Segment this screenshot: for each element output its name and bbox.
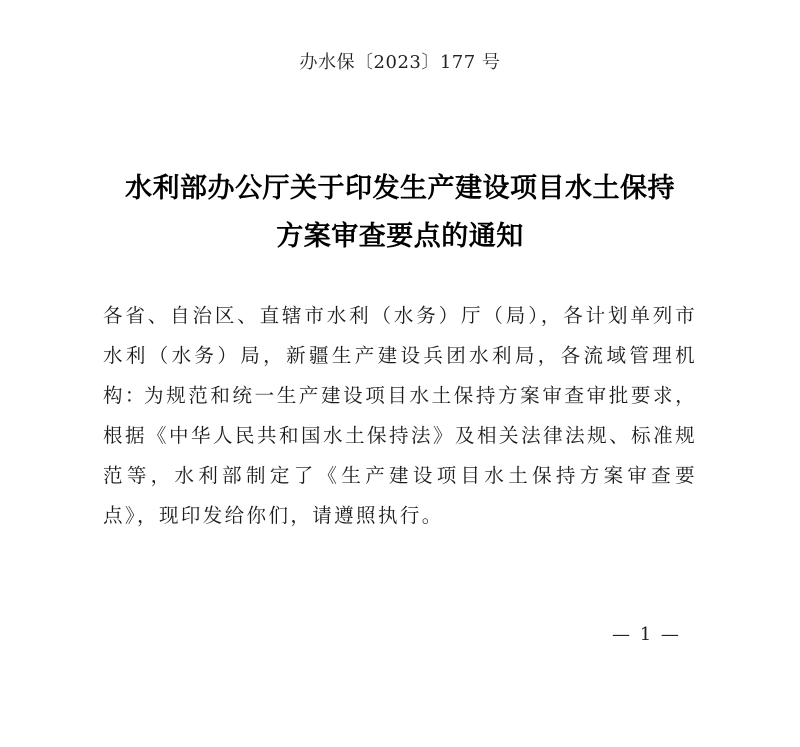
body-paragraph: 为规范和统一生产建设项目水土保持方案审查审批要求，根据《中华人民共和国水土保持法… [103, 376, 697, 536]
document-title-line-1: 水利部办公厅关于印发生产建设项目水土保持 [0, 166, 800, 205]
document-title-line-2: 方案审查要点的通知 [0, 214, 800, 253]
document-number: 办水保〔2023〕177 号 [0, 48, 800, 74]
page-number: — 1 — [612, 624, 681, 645]
